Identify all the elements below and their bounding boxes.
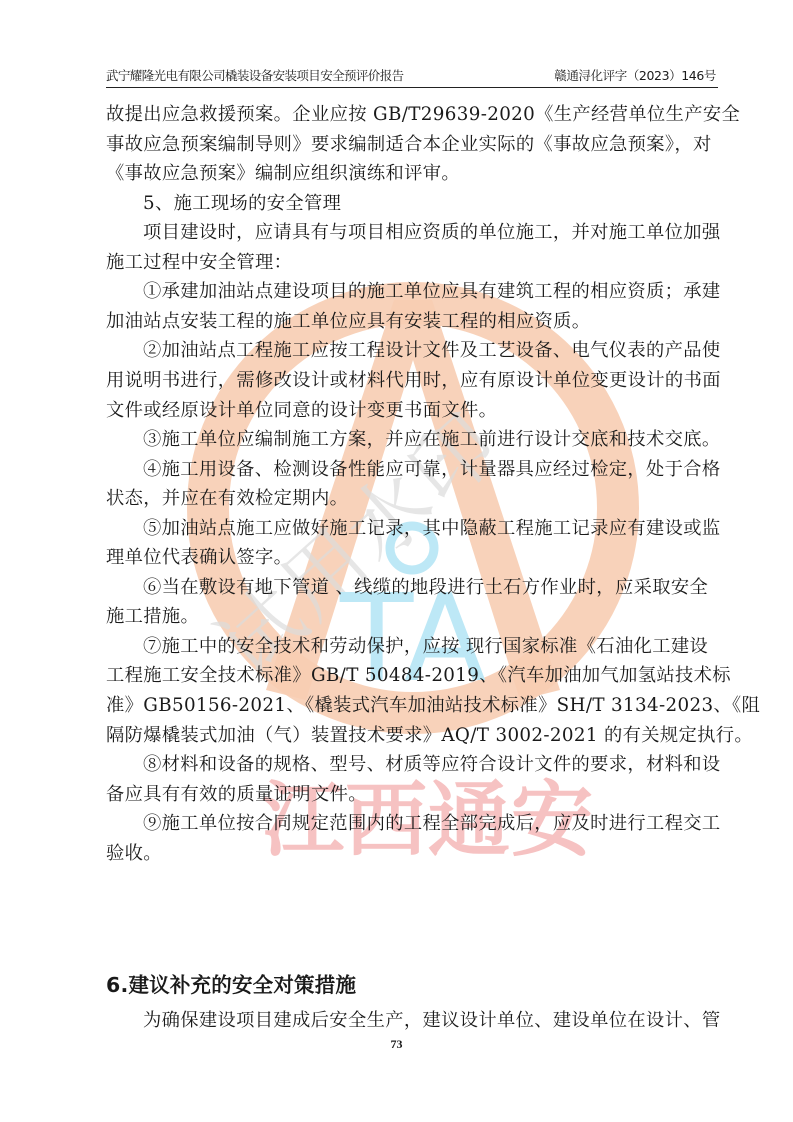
- paragraph-line: 准》GB50156-2021、《橇装式汽车加油站技术标准》SH/T 3134-2…: [106, 691, 760, 720]
- paragraph-line: 文件或经原设计单位同意的设计变更书面文件。: [106, 396, 497, 425]
- paragraph-line: ⑤加油站点施工应做好施工记录，其中隐蔽工程施工记录应有建设或监: [143, 514, 721, 543]
- paragraph-line: ⑧材料和设备的规格、型号、材质等应符合设计文件的要求，材料和设: [143, 750, 721, 779]
- paragraph-line: 施工过程中安全管理：: [106, 248, 292, 277]
- paragraph-line: 工程施工安全技术标准》GB/T 50484-2019、《汽车加油加气加氢站技术标: [106, 661, 731, 690]
- paragraph-line: 备应具有有效的质量证明文件。: [106, 780, 367, 809]
- paragraph-line: 验收。: [106, 839, 162, 868]
- paragraph-line: 事故应急预案编制导则》要求编制适合本企业实际的《事故应急预案》，对: [106, 130, 712, 159]
- paragraph-line: 故提出应急救援预案。企业应按 GB/T29639-2020《生产经营单位生产安全: [106, 100, 740, 129]
- paragraph-line: ⑦施工中的安全技术和劳动保护，应按 现行国家标准《石油化工建设: [143, 632, 708, 661]
- page-number: 73: [0, 1037, 793, 1052]
- paragraph-line: 项目建设时，应请具有与项目相应资质的单位施工，并对施工单位加强: [143, 218, 721, 247]
- paragraph-line: 理单位代表确认签字。: [106, 543, 292, 572]
- paragraph-line: ④施工用设备、检测设备性能应可靠，计量器具应经过检定，处于合格: [143, 455, 721, 484]
- paragraph-line: ⑥当在敷设有地下管道 、线缆的地段进行土石方作业时，应采取安全: [143, 573, 708, 602]
- paragraph-line: 《事故应急预案》编制应组织演练和评审。: [106, 159, 460, 188]
- section-heading: 6.建议补充的安全对策措施: [106, 970, 356, 1000]
- paragraph-line: 隔防爆橇装式加油（气）装置技术要求》AQ/T 3002-2021 的有关规定执行…: [106, 721, 753, 750]
- paragraph-line: 施工措施。: [106, 602, 199, 631]
- report-code: 赣通浔化评字（2023）146号: [554, 66, 716, 86]
- report-title: 武宁耀隆光电有限公司橇装设备安装项目安全预评价报告: [106, 66, 404, 86]
- paragraph-line: 状态，并应在有效检定期内。: [106, 484, 348, 513]
- page-header: 武宁耀隆光电有限公司橇装设备安装项目安全预评价报告 赣通浔化评字（2023）14…: [106, 66, 718, 88]
- paragraph-line: 5、施工现场的安全管理: [143, 189, 341, 218]
- paragraph-line: ②加油站点工程施工应按工程设计文件及工艺设备、电气仪表的产品使: [143, 336, 721, 365]
- paragraph-line: 为确保建设项目建成后安全生产，建议设计单位、建设单位在设计、管: [143, 1006, 721, 1035]
- paragraph-line: ③施工单位应编制施工方案，并应在施工前进行设计交底和技术交底。: [143, 425, 721, 454]
- paragraph-line: 加油站点安装工程的施工单位应具有安装工程的相应资质。: [106, 307, 590, 336]
- paragraph-line: 用说明书进行，需修改设计或材料代用时，应有原设计单位变更设计的书面: [106, 366, 721, 395]
- paragraph-line: ①承建加油站点建设项目的施工单位应具有建筑工程的相应资质；承建: [143, 277, 721, 306]
- paragraph-line: ⑨施工单位按合同规定范围内的工程全部完成后，应及时进行工程交工: [143, 809, 721, 838]
